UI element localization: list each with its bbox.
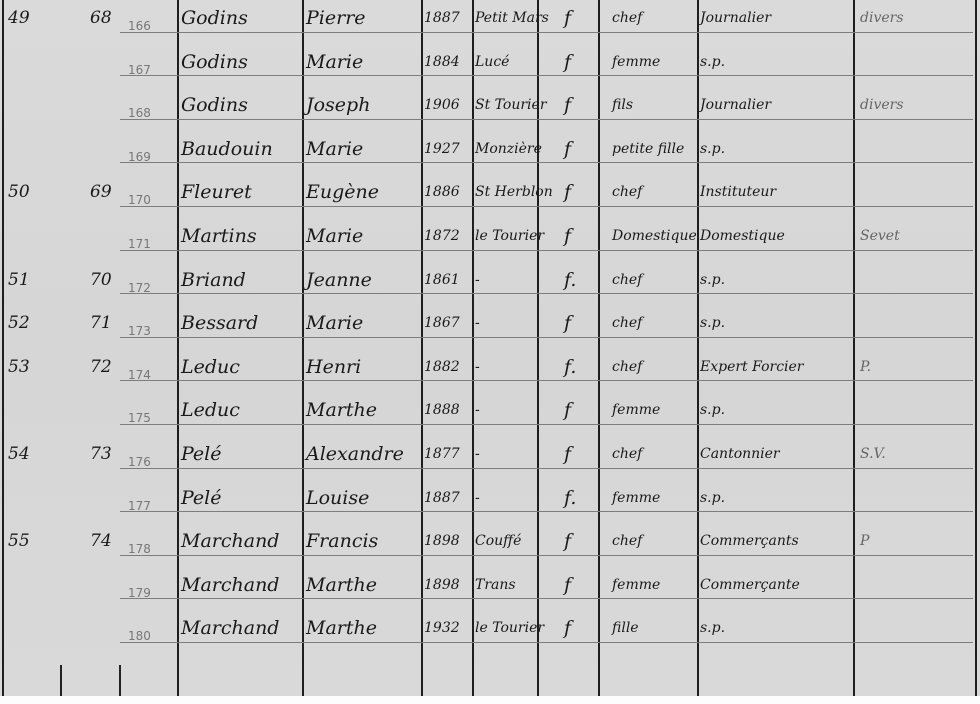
first-name: Marie (306, 311, 363, 335)
occupation: s.p. (700, 616, 725, 640)
nationality: f. (564, 486, 576, 510)
first-name: Marthe (306, 573, 377, 597)
relation-to-head: chef (612, 442, 642, 466)
nationality: f (564, 442, 571, 466)
household-number: 68 (90, 6, 112, 30)
surname: Marchand (181, 573, 279, 597)
relation-to-head: chef (612, 180, 642, 204)
occupation: Instituteur (700, 180, 776, 204)
individual-number: 175 (128, 406, 151, 430)
surname: Leduc (181, 355, 240, 379)
row-rule (120, 642, 973, 643)
birth-year: 1877 (424, 442, 460, 466)
nationality: f (564, 398, 571, 422)
individual-number: 166 (128, 14, 151, 38)
row-rule (120, 250, 973, 251)
column-rule (302, 0, 304, 696)
relation-to-head: femme (612, 50, 660, 74)
house-number: 53 (8, 355, 30, 379)
row-rule (120, 162, 973, 163)
birthplace: - (475, 355, 480, 379)
column-tick (119, 665, 121, 696)
individual-number: 168 (128, 101, 151, 125)
relation-to-head: Domestique (612, 224, 697, 248)
birth-year: 1861 (424, 268, 460, 292)
individual-number: 167 (128, 58, 151, 82)
nationality: f (564, 311, 571, 335)
first-name: Marie (306, 224, 363, 248)
nationality: f. (564, 355, 576, 379)
surname: Briand (181, 268, 246, 292)
birthplace: - (475, 268, 480, 292)
surname: Godins (181, 50, 248, 74)
birth-year: 1887 (424, 486, 460, 510)
column-tick (60, 665, 62, 696)
first-name: Henri (306, 355, 361, 379)
house-number: 54 (8, 442, 30, 466)
birth-year: 1906 (424, 93, 460, 117)
individual-number: 177 (128, 494, 151, 518)
birthplace: Petit Mars (475, 6, 549, 30)
birthplace: Trans (475, 573, 516, 597)
surname: Marchand (181, 529, 279, 553)
occupation: Cantonnier (700, 442, 780, 466)
occupation: Commerçante (700, 573, 800, 597)
first-name: Francis (306, 529, 378, 553)
birth-year: 1932 (424, 616, 460, 640)
birth-year: 1927 (424, 137, 460, 161)
notes: Sevet (860, 224, 900, 248)
individual-number: 180 (128, 624, 151, 648)
birthplace: - (475, 442, 480, 466)
surname: Leduc (181, 398, 240, 422)
first-name: Louise (306, 486, 369, 510)
individual-number: 173 (128, 319, 151, 343)
nationality: f (564, 137, 571, 161)
nationality: f (564, 573, 571, 597)
surname: Pelé (181, 486, 222, 510)
birth-year: 1887 (424, 6, 460, 30)
household-number: 74 (90, 529, 112, 553)
relation-to-head: petite fille (612, 137, 684, 161)
column-rule (421, 0, 423, 696)
first-name: Jeanne (306, 268, 372, 292)
occupation: Commerçants (700, 529, 799, 553)
column-rule (697, 0, 699, 696)
relation-to-head: chef (612, 6, 642, 30)
row-rule (120, 32, 973, 33)
surname: Bessard (181, 311, 258, 335)
row-rule (120, 119, 973, 120)
surname: Godins (181, 93, 248, 117)
relation-to-head: femme (612, 398, 660, 422)
first-name: Eugène (306, 180, 379, 204)
occupation: s.p. (700, 50, 725, 74)
surname: Baudouin (181, 137, 273, 161)
first-name: Marie (306, 50, 363, 74)
surname: Marchand (181, 616, 279, 640)
occupation: s.p. (700, 311, 725, 335)
house-number: 52 (8, 311, 30, 335)
nationality: f (564, 616, 571, 640)
occupation: Expert Forcier (700, 355, 804, 379)
occupation: Journalier (700, 93, 771, 117)
birth-year: 1867 (424, 311, 460, 335)
first-name: Marthe (306, 398, 377, 422)
census-register-sheet: 4968166GodinsPierre1887Petit MarsfchefJo… (0, 0, 980, 696)
birth-year: 1888 (424, 398, 460, 422)
nationality: f (564, 6, 571, 30)
birth-year: 1898 (424, 529, 460, 553)
row-rule (120, 206, 973, 207)
column-rule (598, 0, 600, 696)
birth-year: 1872 (424, 224, 460, 248)
occupation: Domestique (700, 224, 785, 248)
notes: divers (860, 93, 904, 117)
house-number: 51 (8, 268, 30, 292)
nationality: f (564, 224, 571, 248)
column-rule (2, 0, 4, 696)
row-rule (120, 337, 973, 338)
house-number: 55 (8, 529, 30, 553)
row-rule (120, 293, 973, 294)
relation-to-head: femme (612, 573, 660, 597)
birthplace: St Herblon (475, 180, 553, 204)
relation-to-head: chef (612, 529, 642, 553)
first-name: Pierre (306, 6, 366, 30)
individual-number: 179 (128, 581, 151, 605)
individual-number: 176 (128, 450, 151, 474)
birth-year: 1886 (424, 180, 460, 204)
surname: Martins (181, 224, 257, 248)
first-name: Marthe (306, 616, 377, 640)
birthplace: - (475, 311, 480, 335)
birthplace: St Tourier (475, 93, 547, 117)
surname: Godins (181, 6, 248, 30)
individual-number: 178 (128, 537, 151, 561)
birthplace: Lucé (475, 50, 509, 74)
birth-year: 1898 (424, 573, 460, 597)
occupation: s.p. (700, 268, 725, 292)
nationality: f (564, 180, 571, 204)
column-rule (472, 0, 474, 696)
household-number: 73 (90, 442, 112, 466)
row-rule (120, 75, 973, 76)
relation-to-head: chef (612, 311, 642, 335)
individual-number: 174 (128, 363, 151, 387)
column-rule (177, 0, 179, 696)
birth-year: 1884 (424, 50, 460, 74)
first-name: Marie (306, 137, 363, 161)
birth-year: 1882 (424, 355, 460, 379)
nationality: f (564, 529, 571, 553)
surname: Fleuret (181, 180, 252, 204)
row-rule (120, 424, 973, 425)
occupation: Journalier (700, 6, 771, 30)
first-name: Alexandre (306, 442, 404, 466)
individual-number: 172 (128, 276, 151, 300)
relation-to-head: femme (612, 486, 660, 510)
row-rule (120, 598, 973, 599)
relation-to-head: fils (612, 93, 633, 117)
individual-number: 171 (128, 232, 151, 256)
surname: Pelé (181, 442, 222, 466)
household-number: 72 (90, 355, 112, 379)
page-bottom-edge (0, 696, 980, 704)
row-rule (120, 380, 973, 381)
relation-to-head: chef (612, 355, 642, 379)
nationality: f (564, 50, 571, 74)
row-rule (120, 555, 973, 556)
house-number: 49 (8, 6, 30, 30)
household-number: 71 (90, 311, 112, 335)
first-name: Joseph (306, 93, 370, 117)
birthplace: - (475, 486, 480, 510)
nationality: f. (564, 268, 576, 292)
house-number: 50 (8, 180, 30, 204)
birthplace: Couffé (475, 529, 521, 553)
occupation: s.p. (700, 486, 725, 510)
birthplace: Monzière (475, 137, 542, 161)
column-rule (853, 0, 855, 696)
household-number: 69 (90, 180, 112, 204)
notes: P. (860, 355, 871, 379)
household-number: 70 (90, 268, 112, 292)
notes: P (860, 529, 869, 553)
relation-to-head: fille (612, 616, 639, 640)
birthplace: le Tourier (475, 224, 544, 248)
relation-to-head: chef (612, 268, 642, 292)
occupation: s.p. (700, 137, 725, 161)
notes: divers (860, 6, 904, 30)
individual-number: 170 (128, 188, 151, 212)
row-rule (120, 468, 973, 469)
notes: S.V. (860, 442, 886, 466)
occupation: s.p. (700, 398, 725, 422)
birthplace: - (475, 398, 480, 422)
row-rule (120, 511, 973, 512)
birthplace: le Tourier (475, 616, 544, 640)
nationality: f (564, 93, 571, 117)
column-rule (975, 0, 977, 696)
individual-number: 169 (128, 145, 151, 169)
